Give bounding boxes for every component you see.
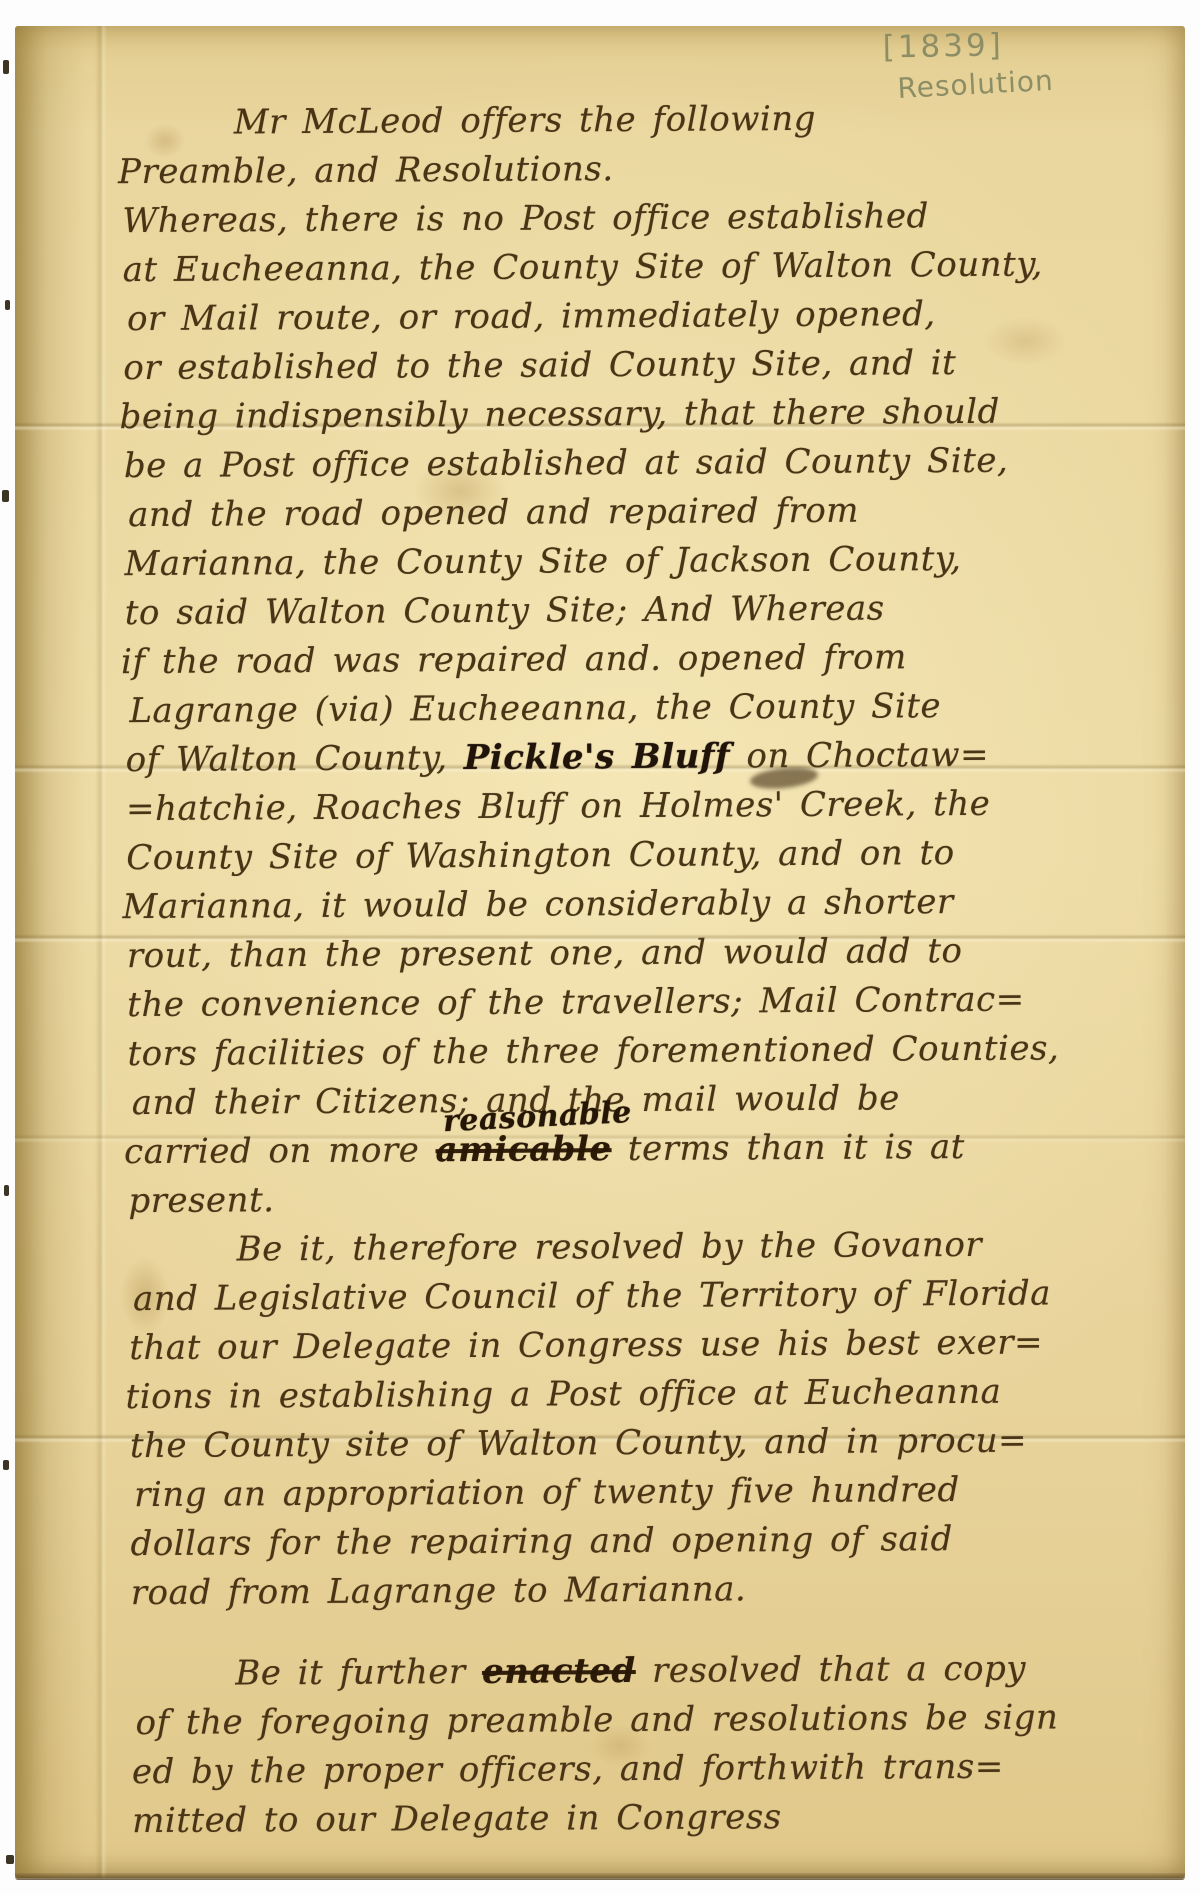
text-segment: Preamble, and Resolutions. [118,149,614,192]
paper-folded-left-edge [15,26,87,1878]
text-segment: and the road opened and repaired from [128,491,859,535]
text-segment: Mr McLeod offers the following [234,99,816,143]
manuscript-line: being indispensibly necessary, that ther… [119,387,1143,442]
manuscript-line: mitted to our Delegate in Congress [132,1791,1152,1846]
manuscript-line: present. [128,1171,1148,1226]
text-segment: that our Delegate in Congress use his be… [129,1323,1043,1369]
text-segment: or Mail route, or road, immediately open… [127,294,936,339]
text-segment: the convenience of the travellers; Mail … [127,980,1025,1025]
manuscript-line: County Site of Washington County, and on… [126,828,1146,883]
text-segment: rout, than the present one, and would ad… [127,931,963,976]
manuscript-line: Marianna, it would be considerably a sho… [122,877,1146,932]
manuscript-line: be a Post office established at said Cou… [124,436,1144,491]
vertical-fold-line [95,26,107,1878]
text-segment: terms than it is at [611,1127,965,1169]
manuscript-line: Mr McLeod offers the following [126,93,1142,148]
text-segment: of Walton County, [126,738,464,780]
manuscript-line: =hatchie, Roaches Bluff on Holmes' Creek… [126,779,1146,834]
manuscript-line: carried on more amicablereasonable terms… [124,1122,1148,1177]
pencil-year-label: [1839] [882,27,1053,66]
manuscript-line: Be it, therefore resolved by the Govanor [129,1220,1149,1275]
text-segment: be a Post office established at said Cou… [124,441,1009,486]
manuscript-line: of the foregoing preamble and resolution… [135,1693,1151,1748]
text-segment: of the foregoing preamble and resolution… [135,1697,1058,1743]
manuscript-line: and their Citizens; and the mail would b… [132,1073,1148,1128]
text-segment: the County site of Walton County, and in… [130,1421,1027,1466]
manuscript-line: and Legislative Council of the Territory… [133,1269,1149,1324]
manuscript-line: that our Delegate in Congress use his be… [129,1318,1149,1373]
text-segment: Marianna, the County Site of Jackson Cou… [124,539,961,584]
text-segment: dollars for the repairing and opening of… [130,1519,953,1564]
scan-edge-speck [6,1855,14,1864]
pencil-annotation: [1839] Resolution [882,27,1054,103]
manuscript-line: or Mail route, or road, immediately open… [127,289,1143,344]
manuscript-line: tions in establishing a Post office at E… [125,1367,1149,1422]
text-segment: ed by the proper officers, and forthwith… [132,1747,1004,1792]
manuscript-line: rout, than the present one, and would ad… [127,926,1147,981]
text-segment: and Legislative Council of the Territory… [133,1273,1051,1319]
manuscript-line: at Eucheeanna, the County Site of Walton… [123,240,1143,295]
text-segment: =hatchie, Roaches Bluff on Holmes' Creek… [126,784,991,829]
manuscript-line: ring an appropriation of twenty five hun… [134,1465,1150,1520]
text-segment: if the road was repaired and. opened fro… [121,637,907,682]
manuscript-line: Whereas, there is no Post office establi… [122,191,1142,246]
scan-edge-speck [3,1460,9,1470]
manuscript-line: Preamble, and Resolutions. [118,142,1142,197]
scanned-page-background: [1839] Resolution Mr McLeod offers the f… [0,0,1200,1895]
manuscript-line: and the road opened and repaired from [128,485,1144,540]
manuscript-line: ed by the proper officers, and forthwith… [132,1742,1152,1797]
manuscript-line: to said Walton County Site; And Whereas [125,583,1145,638]
text-segment: tors facilities of the three foremention… [127,1028,1059,1074]
manuscript-line: or established to the said County Site, … [123,338,1143,393]
manuscript-line: the County site of Walton County, and in… [130,1416,1150,1471]
manuscript-line: of Walton County, Pickle's Bluff on Choc… [126,730,1146,785]
text-segment: road from Lagrange to Marianna. [131,1569,747,1613]
text-segment: present. [128,1180,274,1221]
text-segment: Lagrange (via) Eucheeanna, the County Si… [129,686,941,731]
text-segment: Be it, therefore resolved by the Govanor [237,1225,983,1270]
text-segment: Marianna, it would be considerably a sho… [122,882,953,927]
manuscript-text: Mr McLeod offers the followingPreamble, … [122,93,1153,1846]
manuscript-line: if the road was repaired and. opened fro… [121,632,1145,687]
text-segment: to said Walton County Site; And Whereas [125,588,885,633]
text-segment: County Site of Washington County, and on… [126,833,955,878]
struck-word: enacted [482,1651,636,1692]
text-segment: being indispensibly necessary, that ther… [119,392,1000,437]
scan-edge-speck [5,300,10,310]
manuscript-line: dollars for the repairing and opening of… [130,1514,1150,1569]
inserted-correction-word: reasonable [443,1098,633,1137]
text-segment: ring an appropriation of twenty five hun… [134,1470,960,1515]
text-segment: or established to the said County Site, … [123,343,956,388]
text-segment: at Eucheeanna, the County Site of Walton… [123,245,1043,291]
scan-edge-speck [2,490,9,502]
manuscript-line: the convenience of the travellers; Mail … [127,975,1147,1030]
text-segment: carried on more [124,1130,436,1172]
text-segment: Whereas, there is no Post office establi… [122,196,929,241]
manuscript-line: Be it further enacted resolved that a co… [127,1644,1151,1699]
scan-edge-speck [3,60,9,74]
overwritten-word: Pickle's Bluff [464,736,731,778]
manuscript-line: Marianna, the County Site of Jackson Cou… [124,534,1144,589]
text-segment: tions in establishing a Post office at E… [125,1372,1001,1417]
struck-word: amicablereasonable [435,1129,611,1170]
scan-edge-speck [4,1185,9,1196]
text-segment: resolved that a copy [636,1649,1026,1691]
text-segment: on Choctaw= [730,735,989,777]
text-segment: mitted to our Delegate in Congress [132,1797,782,1841]
manuscript-line: road from Lagrange to Marianna. [131,1563,1151,1618]
manuscript-paper: [1839] Resolution Mr McLeod offers the f… [15,26,1185,1878]
text-segment: Be it further [235,1652,482,1694]
manuscript-line: Lagrange (via) Eucheeanna, the County Si… [129,681,1145,736]
manuscript-line: tors facilities of the three foremention… [127,1024,1147,1079]
